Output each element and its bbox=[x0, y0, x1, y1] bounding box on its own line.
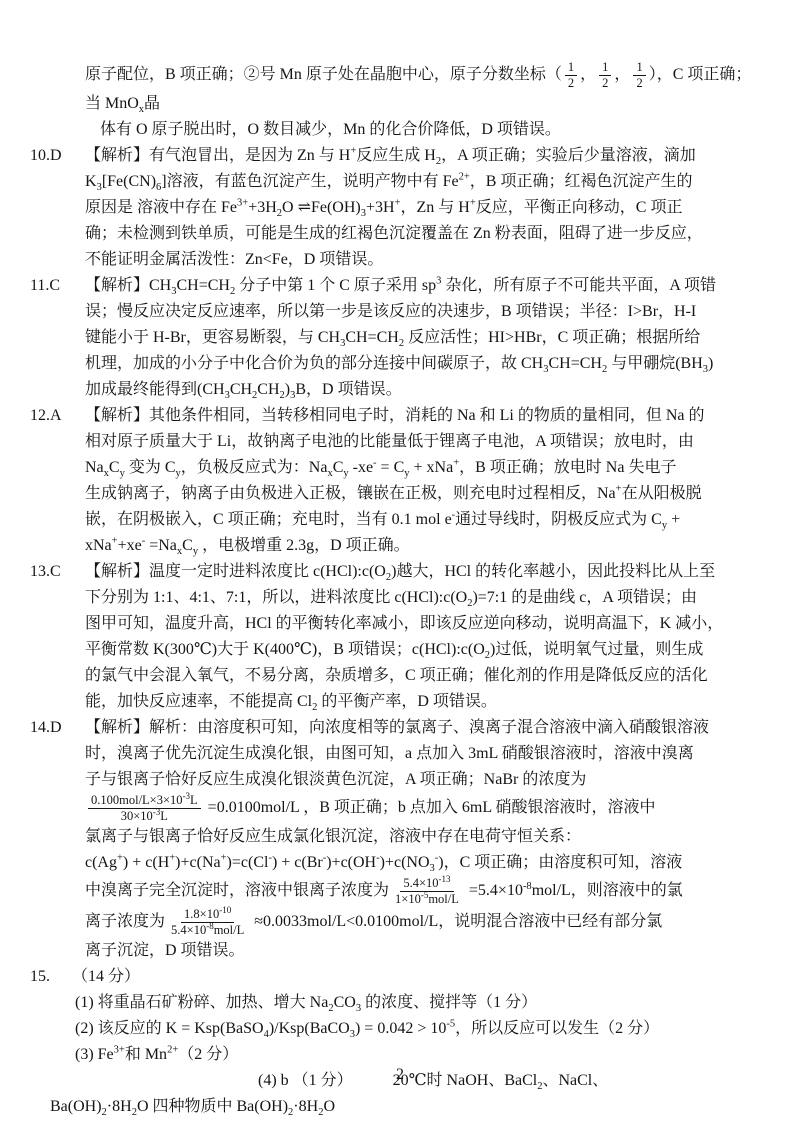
text-line: 嵌，在阴极嵌入，C 项正确；充电时，当有 0.1 mol e-通过导线时，阴极反… bbox=[85, 507, 800, 533]
text-line: 中溴离子完全沉淀时，溶液中银离子浓度为5.4×10-131×10-5mol/L … bbox=[85, 876, 800, 907]
text-line: 键能小于 H-Br，更容易断裂，与 CH3CH=CH2 反应活性；HI>HBr，… bbox=[85, 325, 800, 351]
text-line: 离子浓度为1.8×10-105.4×10-8mol/L ≈0.0033mol/L… bbox=[85, 907, 800, 938]
answer-item: 12.A【解析】其他条件相同，当转移相同电子时，消耗的 Na 和 Li 的物质的… bbox=[0, 403, 800, 559]
fraction: 12 bbox=[565, 60, 577, 91]
text-line: 平衡常数 K(300℃)大于 K(400℃)，B 项错误；c(HCl):c(O2… bbox=[85, 637, 800, 663]
answer-number: 13.C bbox=[30, 559, 61, 585]
answer-number: 10.D bbox=[30, 143, 62, 169]
fraction: 1.8×10-105.4×10-8mol/L bbox=[168, 907, 247, 938]
text-line: K3[Fe(CN)6]溶液，有蓝色沉淀产生，说明产物中有 Fe2+，B 项正确；… bbox=[85, 169, 800, 195]
text-line: 【解析】CH3CH=CH2 分子中第 1 个 C 原子采用 sp3 杂化，所有原… bbox=[85, 273, 800, 299]
text-line: NaxCy 变为 Cy，负极反应式为：NaxCy -xe- = Cy + xNa… bbox=[85, 455, 800, 481]
fraction: 0.100mol/L×3×10-3L30×10-3L bbox=[88, 793, 201, 824]
answer-item: 11.C【解析】CH3CH=CH2 分子中第 1 个 C 原子采用 sp3 杂化… bbox=[0, 273, 800, 403]
page-number: 2 bbox=[0, 1062, 800, 1088]
text-line: (2) 该反应的 K = Ksp(BaSO4)/Ksp(BaCO3) = 0.0… bbox=[75, 1016, 800, 1042]
answer-number: 14.D bbox=[30, 715, 62, 741]
text-line: 能，加快反应速率，不能提高 Cl2 的平衡产率，D 项错误。 bbox=[85, 689, 800, 715]
answer-number: 12.A bbox=[30, 403, 62, 429]
fraction: 12 bbox=[633, 60, 645, 91]
text-line: 氯离子与银离子恰好反应生成氯化银沉淀，溶液中存在电荷守恒关系： bbox=[85, 824, 800, 850]
document-body: 原子配位，B 项正确；②号 Mn 原子处在晶胞中心，原子分数坐标（12，12，1… bbox=[0, 60, 800, 1120]
answer-item: 原子配位，B 项正确；②号 Mn 原子处在晶胞中心，原子分数坐标（12，12，1… bbox=[0, 60, 800, 143]
text-line: 不能证明金属活泼性：Zn<Fe，D 项错误。 bbox=[85, 247, 800, 273]
answer-item: 10.D【解析】有气泡冒出，是因为 Zn 与 H+反应生成 H2，A 项正确；实… bbox=[0, 143, 800, 273]
answer-item: 14.D【解析】解析：由溶度积可知，向浓度相等的氯离子、溴离子混合溶液中滴入硝酸… bbox=[0, 715, 800, 964]
text-line: (1) 将重晶石矿粉碎、加热、增大 Na2CO3 的浓度、搅拌等（1 分） bbox=[75, 990, 800, 1016]
text-line: 0.100mol/L×3×10-3L30×10-3L =0.0100mol/L … bbox=[85, 793, 800, 824]
text-line: 【解析】其他条件相同，当转移相同电子时，消耗的 Na 和 Li 的物质的量相同，… bbox=[85, 403, 800, 429]
answer-item: 13.C【解析】温度一定时进料浓度比 c(HCl):c(O2)越大，HCl 的转… bbox=[0, 559, 800, 715]
text-line: Ba(OH)2·8H2O 四种物质中 Ba(OH)2·8H2O bbox=[50, 1094, 800, 1120]
text-line: 原子配位，B 项正确；②号 Mn 原子处在晶胞中心，原子分数坐标（12，12，1… bbox=[85, 60, 800, 91]
text-line: 确；未检测到铁单质，可能是生成的红褐色沉淀覆盖在 Zn 粉表面，阻碍了进一步反应… bbox=[85, 221, 800, 247]
text-line: 【解析】有气泡冒出，是因为 Zn 与 H+反应生成 H2，A 项正确；实验后少量… bbox=[85, 143, 800, 169]
text-line: 加成最终能得到(CH3CH2CH2)3B，D 项错误。 bbox=[85, 377, 800, 403]
text-line: 【解析】温度一定时进料浓度比 c(HCl):c(O2)越大，HCl 的转化率越小… bbox=[85, 559, 800, 585]
text-line: 原因是 溶液中存在 Fe3++3H2O ⇌Fe(OH)3+3H+，Zn 与 H+… bbox=[85, 195, 800, 221]
text-line: c(Ag+) + c(H+)+c(Na+)=c(Cl-) + c(Br-)+c(… bbox=[85, 850, 800, 876]
answer-item: 15.（14 分）(1) 将重晶石矿粉碎、加热、增大 Na2CO3 的浓度、搅拌… bbox=[0, 964, 800, 1120]
text-line: 生成钠离子，钠离子由负极进入正极，镶嵌在正极，则充电时过程相反，Na+在从阳极脱 bbox=[85, 481, 800, 507]
text-line: 的氯气中会混入氧气，不易分离，杂质增多，C 项正确；催化剂的作用是降低反应的活化 bbox=[85, 663, 800, 689]
text-line: （14 分） bbox=[72, 964, 800, 990]
text-line: 当 MnOx晶 bbox=[85, 91, 800, 117]
answer-number: 15. bbox=[30, 964, 50, 990]
text-line: 子与银离子恰好反应生成溴化银淡黄色沉淀，A 项正确；NaBr 的浓度为 bbox=[85, 767, 800, 793]
text-line: 误；慢反应决定反应速率，所以第一步是该反应的决速步，B 项错误；半径：I>Br，… bbox=[85, 299, 800, 325]
text-line: 离子沉淀，D 项错误。 bbox=[85, 938, 800, 964]
text-line: 图甲可知，温度升高，HCl 的平衡转化率减小，即该反应逆向移动，说明高温下，K … bbox=[85, 611, 800, 637]
text-line: 下分别为 1:1、4:1、7:1，所以，进料浓度比 c(HCl):c(O2)=7… bbox=[85, 585, 800, 611]
text-line: 体有 O 原子脱出时，O 数目减少，Mn 的化合价降低，D 项错误。 bbox=[100, 117, 800, 143]
text-line: 机理，加成的小分子中化合价为负的部分连接中间碳原子，故 CH3CH=CH2 与甲… bbox=[85, 351, 800, 377]
text-line: 【解析】解析：由溶度积可知，向浓度相等的氯离子、溴离子混合溶液中滴入硝酸银溶液 bbox=[85, 715, 800, 741]
answer-number: 11.C bbox=[30, 273, 60, 299]
fraction: 5.4×10-131×10-5mol/L bbox=[392, 876, 462, 907]
fraction: 12 bbox=[599, 60, 611, 91]
text-line: 相对原子质量大于 Li，故钠离子电池的比能量低于锂离子电池，A 项错误；放电时，… bbox=[85, 429, 800, 455]
text-line: 时，溴离子优先沉淀生成溴化银，由图可知，a 点加入 3mL 硝酸银溶液时，溶液中… bbox=[85, 741, 800, 767]
text-line: xNa++xe- =NaxCy ，电极增重 2.3g，D 项正确。 bbox=[85, 533, 800, 559]
document-page: 原子配位，B 项正确；②号 Mn 原子处在晶胞中心，原子分数坐标（12，12，1… bbox=[0, 0, 800, 1131]
